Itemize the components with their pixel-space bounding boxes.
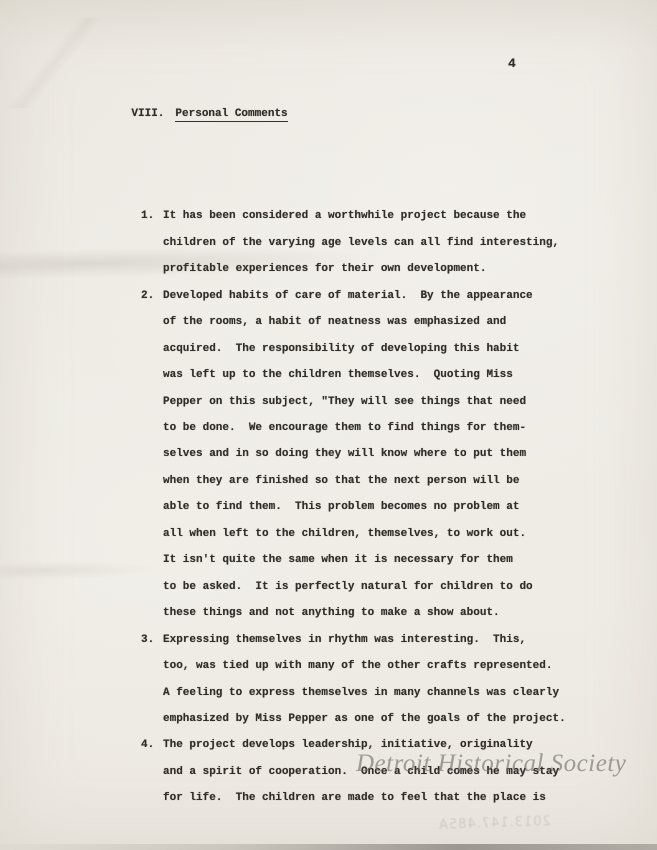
text-line: It has been considered a worthwhile proj… xyxy=(163,203,581,229)
text-line: these things and not anything to make a … xyxy=(163,600,581,626)
scanned-document-page: 4 VIII.Personal Comments 1.It has been c… xyxy=(0,0,657,850)
section-number: VIII. xyxy=(131,108,164,120)
text-line: Developed habits of care of material. By… xyxy=(163,283,581,309)
text-line: of the rooms, a habit of neatness was em… xyxy=(163,309,581,335)
list-item-number: 3. xyxy=(141,627,154,653)
text-line: selves and in so doing they will know wh… xyxy=(163,441,581,467)
list-item: 1.It has been considered a worthwhile pr… xyxy=(141,203,581,282)
text-line: profitable experiences for their own dev… xyxy=(163,256,581,282)
text-line: It isn't quite the same when it is neces… xyxy=(163,547,581,573)
text-line: to be done. We encourage them to find th… xyxy=(163,415,581,441)
document-body: 1.It has been considered a worthwhile pr… xyxy=(141,124,581,812)
paper-fold-crease xyxy=(0,18,130,108)
text-line: able to find them. This problem becomes … xyxy=(163,494,581,520)
text-line: acquired. The responsibility of developi… xyxy=(163,336,581,362)
text-line: all when left to the children, themselve… xyxy=(163,521,581,547)
list-item: 2.Developed habits of care of material. … xyxy=(141,283,581,627)
text-line: too, was tied up with many of the other … xyxy=(163,653,581,679)
bleed-through-accession-number: 2013.147.485A xyxy=(438,814,551,833)
list-item-number: 4. xyxy=(141,732,154,758)
text-line: children of the varying age levels can a… xyxy=(163,230,581,256)
text-line: was left up to the children themselves. … xyxy=(163,362,581,388)
text-line: for life. The children are made to feel … xyxy=(163,785,581,811)
page-number: 4 xyxy=(508,56,516,71)
section-title: Personal Comments xyxy=(175,108,287,122)
list-item-number: 1. xyxy=(141,203,154,229)
text-line: to be asked. It is perfectly natural for… xyxy=(163,574,581,600)
text-line: emphasized by Miss Pepper as one of the … xyxy=(163,706,581,732)
watermark-text: Detroit Historical Society xyxy=(356,750,626,778)
list-item: 3.Expressing themselves in rhythm was in… xyxy=(141,627,581,733)
text-line: when they are finished so that the next … xyxy=(163,468,581,494)
text-line: A feeling to express themselves in many … xyxy=(163,680,581,706)
paper-bottom-edge-shadow xyxy=(0,844,657,850)
text-line: Expressing themselves in rhythm was inte… xyxy=(163,627,581,653)
list-item-number: 2. xyxy=(141,283,154,309)
text-line: Pepper on this subject, "They will see t… xyxy=(163,389,581,415)
